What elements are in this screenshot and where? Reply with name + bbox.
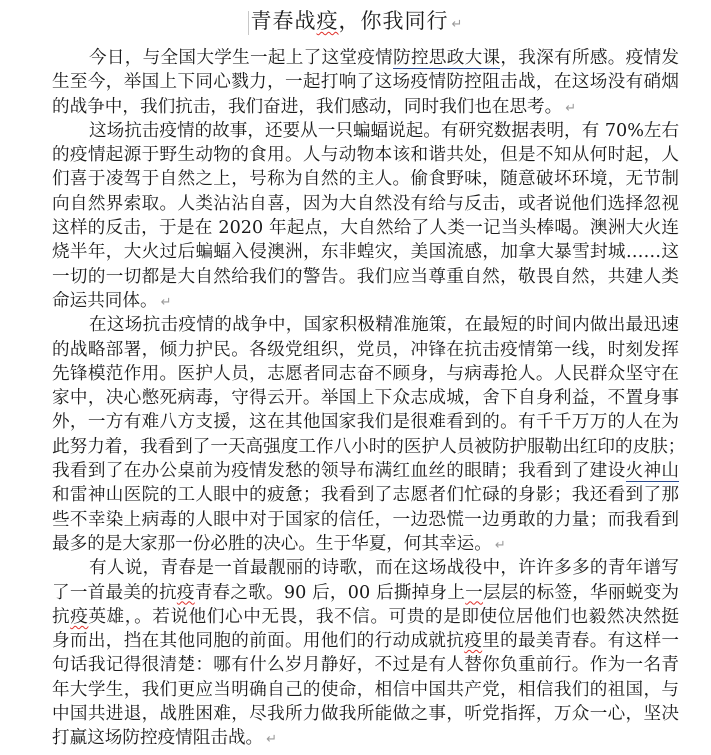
spellcheck-flag[interactable]: 疫 (177, 583, 195, 603)
text-line: 命运共同体。↵ (52, 289, 679, 313)
text-line: 这场抗击疫情的故事，还要从一只蝙蝠说起。有研究数据表明，有 70%左右 (52, 119, 679, 143)
text-segment: 最多的是大家那一份必胜的决心。生于华夏，何其幸运。 (52, 534, 492, 554)
paragraph-mark-icon: ↵ (266, 732, 277, 747)
text-line: 今日，与全国大学生一起上了这堂疫情防控思政大课，我深有所感。疫情发 (52, 46, 679, 70)
text-line: 年大学生，我们更应当明确自己的使命，相信中国共产党，相信我们的祖国，与 (52, 678, 679, 702)
paragraph-1: 今日，与全国大学生一起上了这堂疫情防控思政大课，我深有所感。疫情发 生至今，举国… (52, 46, 679, 119)
text-line: 家中，决心憋死病毒，守得云开。举国上下众志成城，舍下自身利益，不置身事 (52, 386, 679, 410)
spellcheck-flag[interactable]: 疫 (317, 9, 339, 33)
spellcheck-flag[interactable]: 一 (465, 583, 483, 603)
text-segment: 命运共同体。 (52, 291, 158, 311)
text-line: 句话我记得很清楚：哪有什么岁月静好，不过是有人替你负重前行。作为一名青 (52, 653, 679, 677)
text-line: 和雷神山医院的工人眼中的疲惫；我看到了志愿者们忙碌的身影；我还看到了那 (52, 483, 679, 507)
paragraph-mark-icon: ↵ (565, 101, 576, 116)
text-line: 们喜于凌驾于自然之上，号称为自然的主人。偷食野味，随意破坏环境，无节制 (52, 167, 679, 191)
text-segment: 里的最美青春。有这样一 (482, 631, 679, 651)
text-line: 的战略部署，倾力护民。各级党组织，党员，冲锋在抗击疫情第一线，时刻发挥 (52, 338, 679, 362)
paragraph-4: 有人说，青春是一首最靓丽的诗歌，而在这场战役中，许许多多的青年谱写 了一首最美的… (52, 556, 679, 750)
text-line: 最多的是大家那一份必胜的决心。生于华夏，何其幸运。↵ (52, 532, 679, 556)
text-segment: 了一首最美的抗 (52, 583, 177, 603)
paragraph-mark-icon: ↵ (495, 538, 506, 553)
text-line: 的战争中，我们抗击，我们奋进，我们感动，同时我们也在思考。↵ (52, 95, 679, 119)
text-line: 有人说，青春是一首最靓丽的诗歌，而在这场战役中，许许多多的青年谱写 (52, 556, 679, 580)
text-segment: ，我深有所感。疫情发 (500, 48, 679, 68)
hyperlink-huoshenshan[interactable]: 火神山 (626, 461, 679, 482)
paragraph-mark-icon: ↵ (452, 17, 464, 32)
text-line: 外，一方有难八方支援，这在其他国家我们是很难看到的。有千千万万的人在为 (52, 410, 679, 434)
text-segment: 抗 (52, 607, 70, 627)
text-line: 打赢这场防控疫情阻击战。↵ (52, 726, 679, 750)
text-line: 的疫情起源于野生动物的食用。人与动物本该和谐共处，但是不知从何时起，人 (52, 143, 679, 167)
text-segment: 打赢这场防控疫情阻击战。 (52, 728, 263, 748)
text-segment: 青春之歌。90 后，00 后撕掉身上 (195, 583, 465, 603)
text-line: 烧半年，大火过后蝙蝠入侵澳洲，东非蝗灾，美国流感，加拿大暴雪封城……这 (52, 240, 679, 264)
text-cursor (248, 11, 249, 35)
spellcheck-flag[interactable]: 疫 (70, 607, 88, 627)
spellcheck-flag[interactable]: 疫 (464, 631, 482, 651)
hyperlink-fangkong-sizheng[interactable]: 防控思政大课 (393, 48, 500, 69)
text-segment: 今日，与全国大学生一起上了这堂疫情 (89, 48, 393, 68)
document-page[interactable]: 青春战疫，你我同行↵ 今日，与全国大学生一起上了这堂疫情防控思政大课，我深有所感… (0, 0, 711, 755)
text-segment: 层层的标签，华丽蜕变为 (483, 583, 679, 603)
text-segment: 身而出，挡在其他同胞的前面。用他们的行动成就抗 (52, 631, 464, 651)
text-line: 中国共进退，战胜困难，尽我所力做我所能做之事，听党指挥，万众一心，坚决 (52, 702, 679, 726)
text-line: 我看到了在办公桌前为疫情发愁的领导布满红血丝的眼睛；我看到了建设火神山 (52, 459, 679, 483)
document-body[interactable]: 今日，与全国大学生一起上了这堂疫情防控思政大课，我深有所感。疫情发 生至今，举国… (52, 46, 679, 751)
text-line: 身而出，挡在其他同胞的前面。用他们的行动成就抗疫里的最美青春。有这样一 (52, 629, 679, 653)
text-line: 抗疫英雄，。若说他们心中无畏，我不信。可贵的是即使位居他们也毅然决然挺 (52, 605, 679, 629)
text-line: 些不幸染上病毒的人眼中对于国家的信任，一边恐慌一边勇敢的力量；而我看到 (52, 508, 679, 532)
text-line: 在这场抗击疫情的战争中，国家积极精准施策，在最短的时间内做出最迅速 (52, 313, 679, 337)
text-line: 了一首最美的抗疫青春之歌。90 后，00 后撕掉身上一层层的标签，华丽蜕变为 (52, 581, 679, 605)
text-segment: 英雄，。若说他们心中无畏，我不信。可贵的是即使位居他们也毅然决然挺 (88, 607, 679, 627)
text-line: 一切的一切都是大自然给我们的警告。我们应当尊重自然，敬畏自然，共建人类 (52, 265, 679, 289)
text-line: 此努力着，我看到了一天高强度工作八小时的医护人员被防护服勒出红印的皮肤； (52, 435, 679, 459)
document-title[interactable]: 青春战疫，你我同行↵ (0, 6, 711, 40)
paragraph-3: 在这场抗击疫情的战争中，国家积极精准施策，在最短的时间内做出最迅速 的战略部署，… (52, 313, 679, 556)
title-text-a: 青春战 (251, 9, 317, 33)
text-line: 向自然界索取。人类沾沾自喜，因为大自然没有给与反击，或者说他们选择忽视 (52, 192, 679, 216)
text-line: 这样的反击，于是在 2020 年起点，大自然给了人类一记当头棒喝。澳洲大火连 (52, 216, 679, 240)
text-segment: 我看到了在办公桌前为疫情发愁的领导布满红血丝的眼睛；我看到了建设 (52, 461, 626, 481)
paragraph-2: 这场抗击疫情的故事，还要从一只蝙蝠说起。有研究数据表明，有 70%左右 的疫情起… (52, 119, 679, 313)
text-line: 先锋模范作用。医护人员，志愿者同志奋不顾身，与病毒抢人。人民群众坚守在 (52, 362, 679, 386)
text-segment: 的战争中，我们抗击，我们奋进，我们感动，同时我们也在思考。 (52, 97, 562, 117)
paragraph-mark-icon: ↵ (161, 295, 172, 310)
text-line: 生至今，举国上下同心戮力，一起打响了这场疫情防控阻击战，在这场没有硝烟 (52, 70, 679, 94)
title-text-b: ，你我同行 (339, 9, 449, 33)
